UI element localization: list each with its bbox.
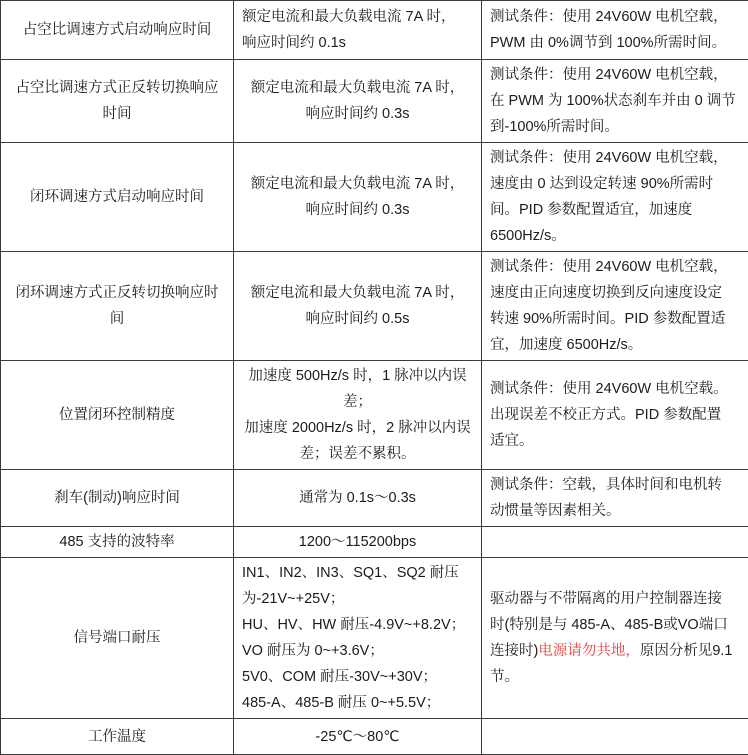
table-row: 占空比调速方式正反转切换响应 时间 额定电流和最大负载电流 7A 时， 响应时间… (1, 60, 748, 143)
table-row: 工作温度 -25℃～80℃ (1, 719, 748, 755)
param-cell: 闭环调速方式启动响应时间 (1, 143, 234, 252)
value-cell: 额定电流和最大负载电流 7A 时， 响应时间约 0.5s (234, 252, 482, 361)
condition-cell: 测试条件：空载，具体时间和电机转 动惯量等因素相关。 (482, 470, 748, 527)
value-cell: 额定电流和最大负载电流 7A 时， 响应时间约 0.1s (234, 1, 482, 60)
table-row: 闭环调速方式正反转切换响应时 间 额定电流和最大负载电流 7A 时， 响应时间约… (1, 252, 748, 361)
condition-cell: 测试条件：使用 24V60W 电机空载， 速度由正向速度切换到反向速度设定 转速… (482, 252, 748, 361)
param-cell: 485 支持的波特率 (1, 527, 234, 558)
condition-cell (482, 527, 748, 558)
condition-cell: 测试条件：使用 24V60W 电机空载。 出现误差不校正方式。PID 参数配置 … (482, 361, 748, 470)
condition-cell: 测试条件：使用 24V60W 电机空载， 在 PWM 为 100%状态刹车并由 … (482, 60, 748, 143)
table-row: 占空比调速方式启动响应时间 额定电流和最大负载电流 7A 时， 响应时间约 0.… (1, 1, 748, 60)
condition-cell: 测试条件：使用 24V60W 电机空载， 速度由 0 达到设定转速 90%所需时… (482, 143, 748, 252)
condition-cell (482, 719, 748, 755)
param-cell: 信号端口耐压 (1, 558, 234, 719)
param-cell: 刹车(制动)响应时间 (1, 470, 234, 527)
table-row: 信号端口耐压 IN1、IN2、IN3、SQ1、SQ2 耐压 为-21V~+25V… (1, 558, 748, 719)
value-cell: IN1、IN2、IN3、SQ1、SQ2 耐压 为-21V~+25V； HU、HV… (234, 558, 482, 719)
param-cell: 位置闭环控制精度 (1, 361, 234, 470)
value-cell: -25℃～80℃ (234, 719, 482, 755)
value-cell: 额定电流和最大负载电流 7A 时， 响应时间约 0.3s (234, 143, 482, 252)
condition-cell: 驱动器与不带隔离的用户控制器连接 时(特别是与 485-A、485-B或VO端口… (482, 558, 748, 719)
param-cell: 闭环调速方式正反转切换响应时 间 (1, 252, 234, 361)
value-cell: 1200～115200bps (234, 527, 482, 558)
param-cell: 占空比调速方式正反转切换响应 时间 (1, 60, 234, 143)
table-row: 刹车(制动)响应时间 通常为 0.1s～0.3s 测试条件：空载，具体时间和电机… (1, 470, 748, 527)
value-cell: 通常为 0.1s～0.3s (234, 470, 482, 527)
value-cell: 额定电流和最大负载电流 7A 时， 响应时间约 0.3s (234, 60, 482, 143)
table-row: 闭环调速方式启动响应时间 额定电流和最大负载电流 7A 时， 响应时间约 0.3… (1, 143, 748, 252)
warning-text-red: 电源请勿共地， (538, 643, 640, 659)
spec-table: 占空比调速方式启动响应时间 额定电流和最大负载电流 7A 时， 响应时间约 0.… (0, 0, 748, 755)
table-row: 位置闭环控制精度 加速度 500Hz/s 时，1 脉冲以内误 差； 加速度 20… (1, 361, 748, 470)
param-cell: 占空比调速方式启动响应时间 (1, 1, 234, 60)
value-cell: 加速度 500Hz/s 时，1 脉冲以内误 差； 加速度 2000Hz/s 时，… (234, 361, 482, 470)
table-row: 485 支持的波特率 1200～115200bps (1, 527, 748, 558)
condition-cell: 测试条件：使用 24V60W 电机空载， PWM 由 0%调节到 100%所需时… (482, 1, 748, 60)
param-cell: 工作温度 (1, 719, 234, 755)
